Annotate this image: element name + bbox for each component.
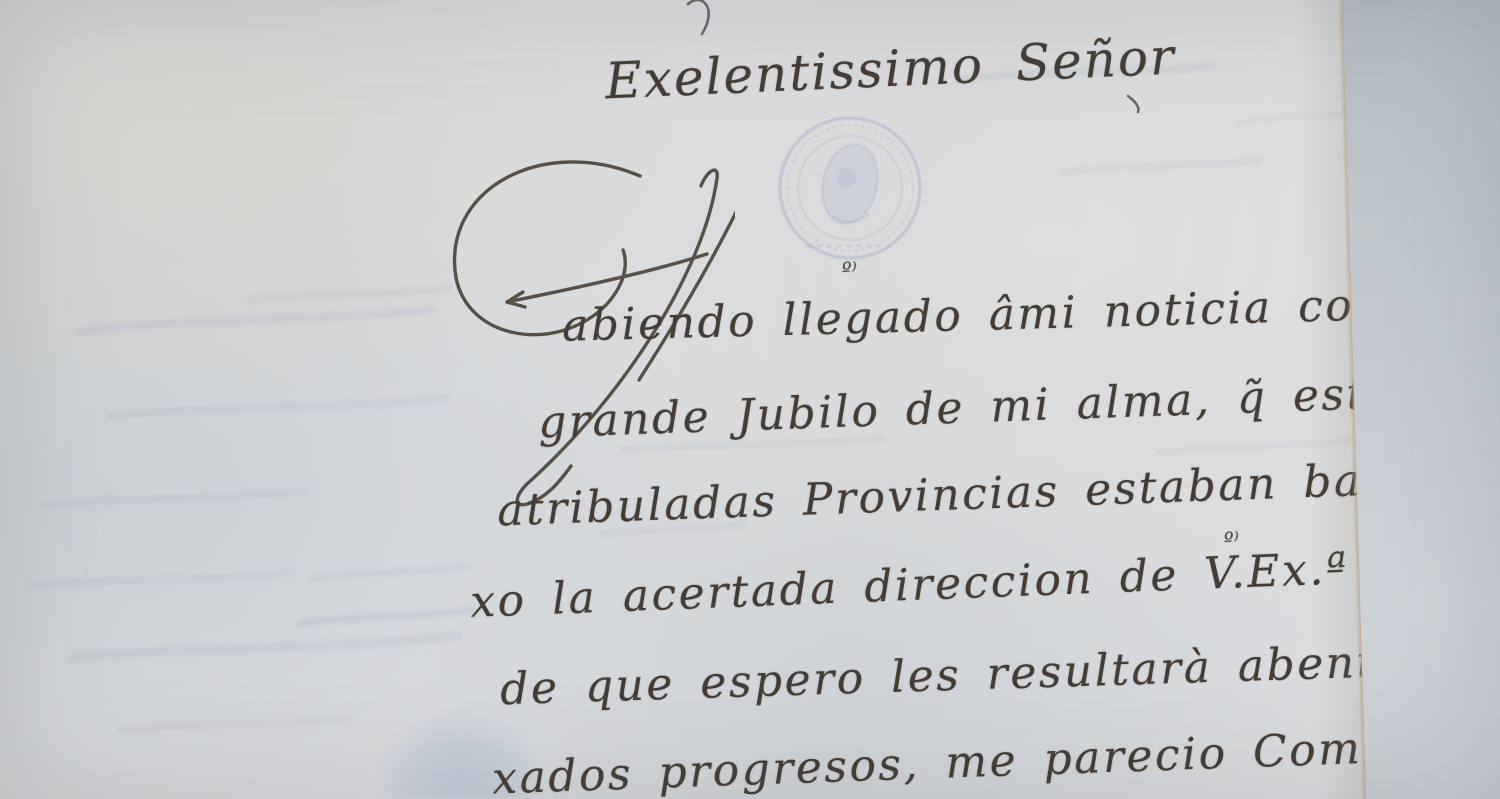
table-backdrop bbox=[1342, 0, 1500, 799]
manuscript-photo: Exelentissimo Señor H abiendo llegado âm… bbox=[0, 0, 1500, 799]
ink-flourishes bbox=[0, 0, 1500, 799]
